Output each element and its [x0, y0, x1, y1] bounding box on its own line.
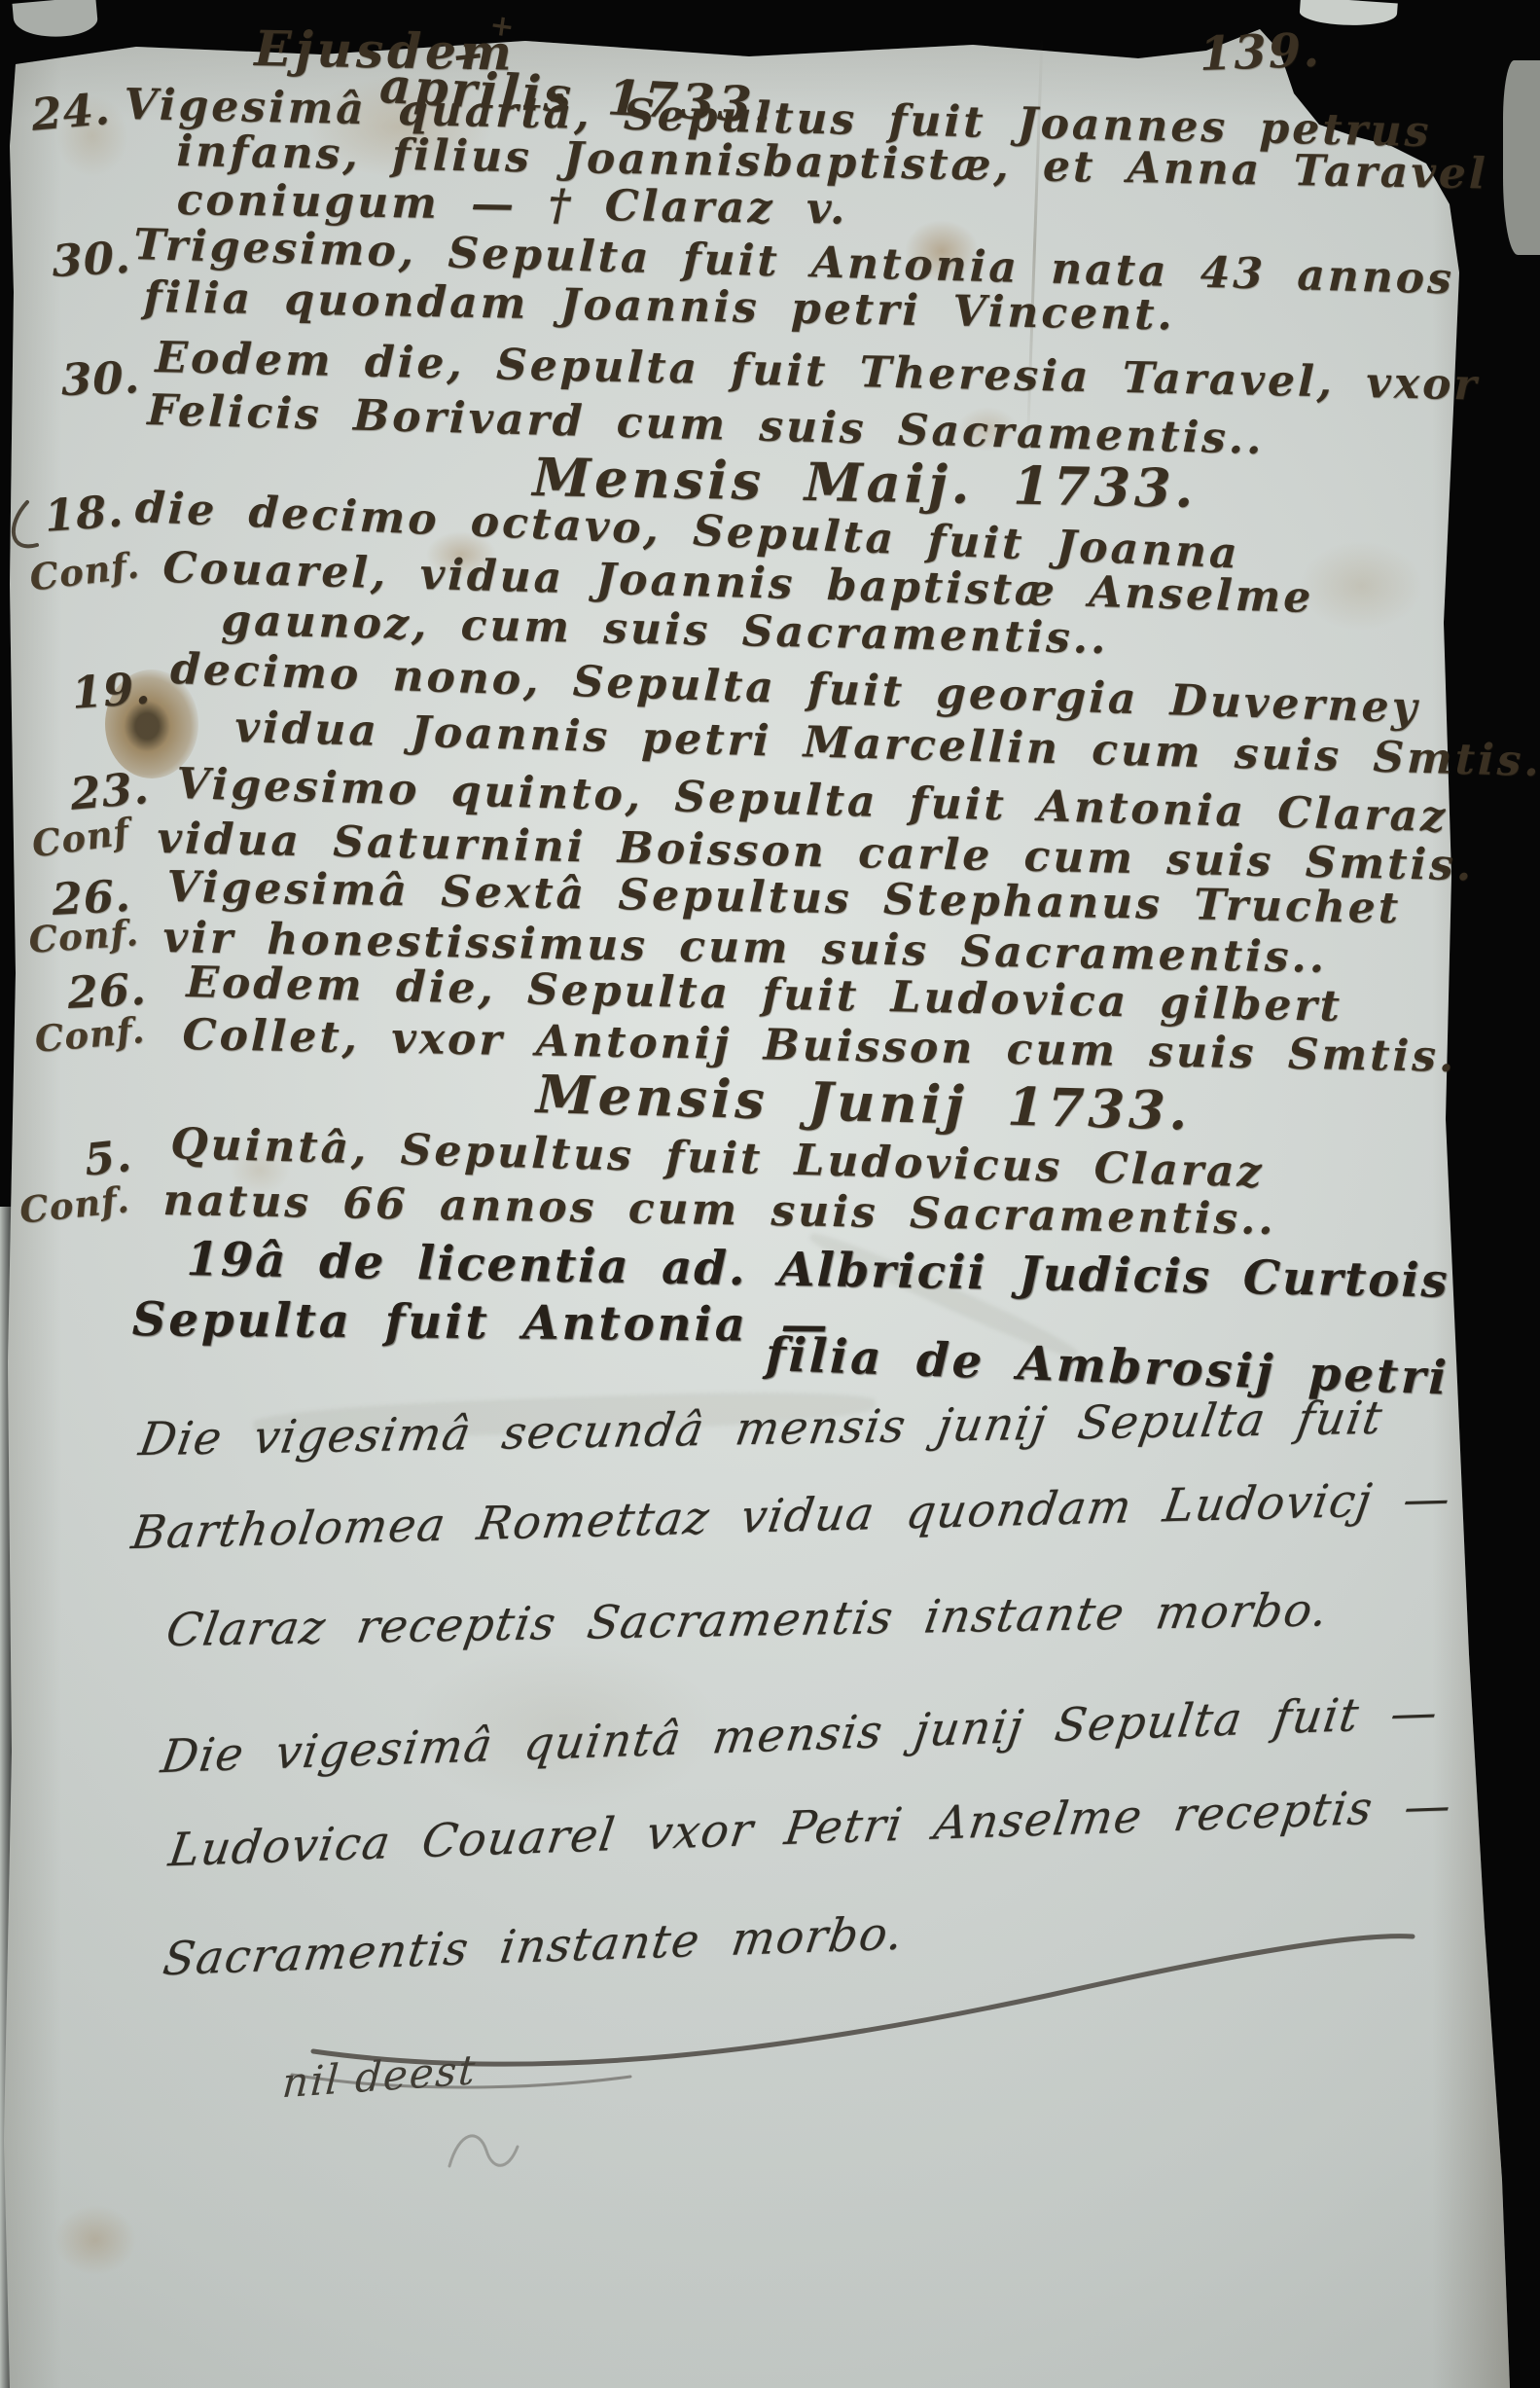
- entry-margin-conf: Conf.: [27, 911, 140, 961]
- paper-fragment-top-left: [13, 0, 99, 41]
- entry-margin-date: 18.: [43, 485, 125, 542]
- entry-margin-date: 24.: [29, 83, 113, 141]
- entry-margin-date: 30.: [60, 351, 141, 406]
- cross-mark: +: [487, 8, 517, 45]
- page-edge-sliver-right: [1503, 60, 1540, 255]
- entry-margin-date: 19.: [70, 662, 153, 719]
- manuscript-scan: Ejusdem + + aprilis 1733. 139. 24. Viges…: [0, 0, 1540, 2388]
- entry-margin-date: 30.: [51, 232, 132, 287]
- folio-number: 139.: [1199, 23, 1322, 82]
- entry-line: Sepulta fuit Antonia —: [132, 1292, 831, 1353]
